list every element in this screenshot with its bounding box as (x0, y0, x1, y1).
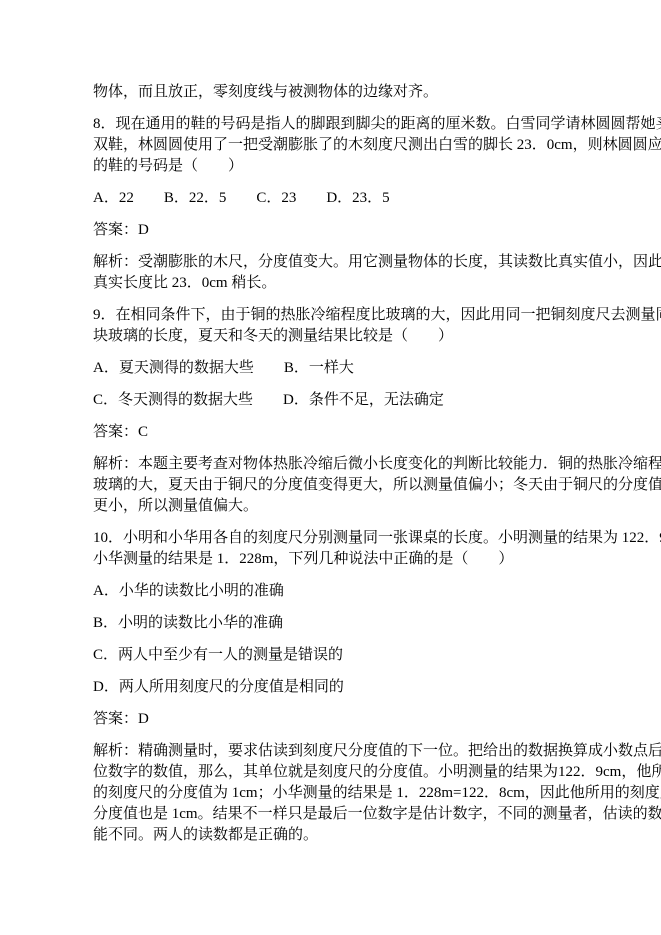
question-8-answer: 答案：D (93, 220, 591, 241)
question-9-options-ab: A．夏天测得的数据大些 B．一样大 (93, 358, 591, 379)
question-9-options-cd: C．冬天测得的数据大些 D．条件不足，无法确定 (93, 390, 591, 411)
intro-continuation-text: 物体，而且放正，零刻度线与被测物体的边缘对齐。 (93, 82, 591, 103)
question-8-analysis: 解析：受潮膨胀的木尺，分度值变大。用它测量物体的长度，其读数比真实值小，因此脚的… (93, 252, 591, 294)
question-9-stem: 9．在相同条件下，由于铜的热胀冷缩程度比玻璃的大，因此用同一把铜刻度尺去测量同一… (93, 305, 591, 347)
question-10-answer: 答案：D (93, 709, 591, 730)
question-10-option-c: C．两人中至少有一人的测量是错误的 (93, 645, 591, 666)
question-10-option-d: D．两人所用刻度尺的分度值是相同的 (93, 677, 591, 698)
question-8-options: A．22 B．22．5 C．23 D．23．5 (93, 188, 591, 209)
question-10-stem: 10．小明和小华用各自的刻度尺分别测量同一张课桌的长度。小明测量的结果为 122… (93, 528, 591, 570)
question-10-analysis: 解析：精确测量时，要求估读到刻度尺分度值的下一位。把给出的数据换算成小数点后有一… (93, 741, 591, 846)
question-10-option-b: B．小明的读数比小华的准确 (93, 613, 591, 634)
question-10-option-a: A．小华的读数比小明的准确 (93, 581, 591, 602)
worksheet-page: 物体，而且放正，零刻度线与被测物体的边缘对齐。 8．现在通用的鞋的号码是指人的脚… (0, 0, 661, 935)
question-9-analysis: 解析：本题主要考查对物体热胀冷缩后微小长度变化的判断比较能力．铜的热胀冷缩程度比… (93, 454, 591, 517)
question-8-stem: 8．现在通用的鞋的号码是指人的脚跟到脚尖的距离的厘米数。白雪同学请林圆圆帮她买一… (93, 114, 591, 177)
question-9-answer: 答案：C (93, 422, 591, 443)
